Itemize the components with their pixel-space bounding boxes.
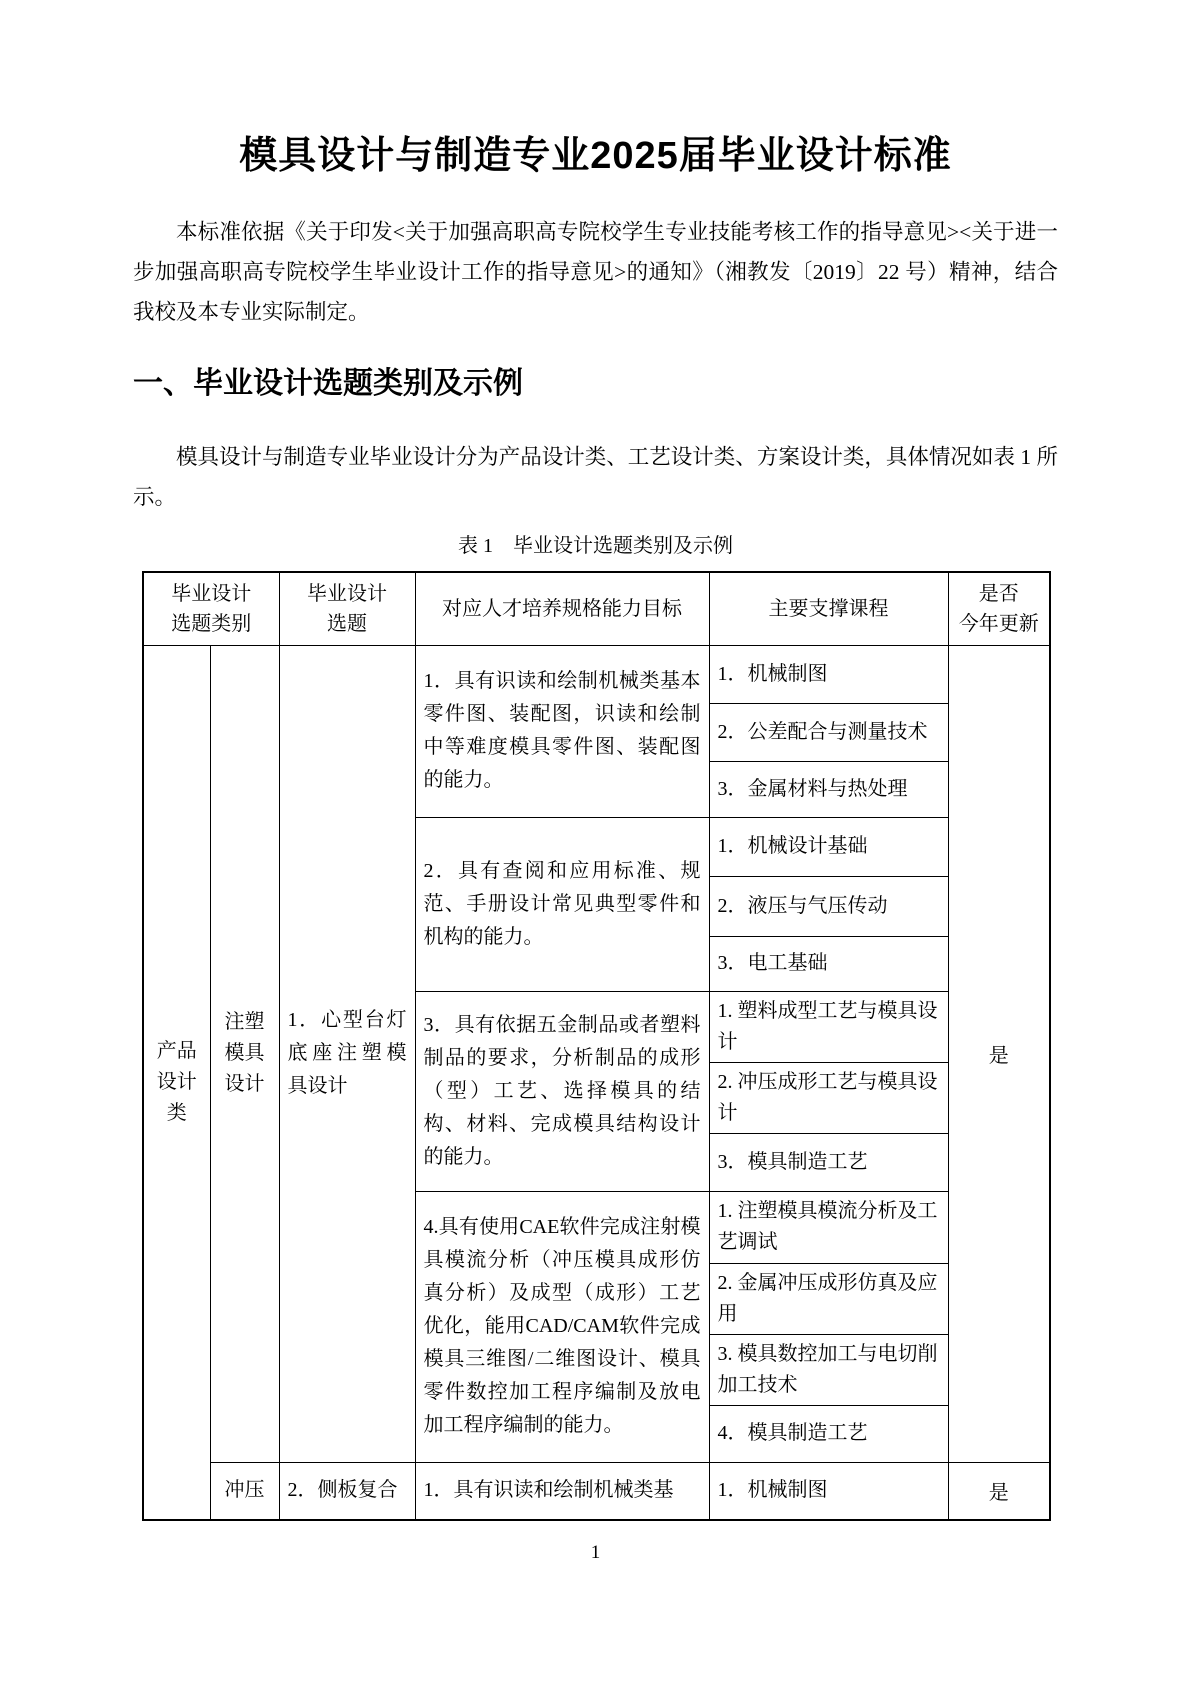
section-heading: 一、毕业设计选题类别及示例 <box>133 358 523 402</box>
course-cell: 3．金属材料与热处理 <box>709 761 948 817</box>
header-ability: 对应人才培养规格能力目标 <box>415 572 709 645</box>
header-topic: 毕业设计 选题 <box>279 572 415 645</box>
page-number: 1 <box>0 1542 1191 1564</box>
table-row: 冲压 2．侧板复合 1．具有识读和绘制机械类基 1．机械制图 是 <box>143 1462 1050 1520</box>
topic-cell: 1．心型台灯底座注塑模具设计 <box>279 645 415 1462</box>
ability-cell: 3．具有依据五金制品或者塑料制品的要求，分析制品的成形（型）工艺、选择模具的结构… <box>415 991 709 1191</box>
page-title: 模具设计与制造专业2025届毕业设计标准 <box>0 124 1191 179</box>
course-cell: 1．机械设计基础 <box>709 817 948 876</box>
document-page: 模具设计与制造专业2025届毕业设计标准 本标准依据《关于印发<关于加强高职高专… <box>0 0 1191 1684</box>
subcategory-cell: 注塑模具设计 <box>210 645 279 1462</box>
course-cell: 1．机械制图 <box>709 1462 948 1520</box>
header-category: 毕业设计 选题类别 <box>143 572 279 645</box>
topics-table: 毕业设计 选题类别 毕业设计 选题 对应人才培养规格能力目标 主要支撑课程 是否… <box>142 571 1051 1521</box>
updated-cell: 是 <box>948 645 1050 1462</box>
topic-cell: 2．侧板复合 <box>279 1462 415 1520</box>
table-caption: 表 1 毕业设计选题类别及示例 <box>142 529 1049 558</box>
table-header-row: 毕业设计 选题类别 毕业设计 选题 对应人才培养规格能力目标 主要支撑课程 是否… <box>143 572 1050 645</box>
ability-cell: 1．具有识读和绘制机械类基 <box>415 1462 709 1520</box>
header-updated: 是否 今年更新 <box>948 572 1050 645</box>
intro-paragraph: 本标准依据《关于印发<关于加强高职高专院校学生专业技能考核工作的指导意见><关于… <box>133 212 1058 332</box>
section-paragraph: 模具设计与制造专业毕业设计分为产品设计类、工艺设计类、方案设计类，具体情况如表 … <box>133 437 1058 517</box>
updated-cell: 是 <box>948 1462 1050 1520</box>
course-cell: 2．公差配合与测量技术 <box>709 703 948 761</box>
category-cell: 产品设计类 <box>143 645 210 1520</box>
course-cell: 1. 注塑模具模流分析及工艺调试 <box>709 1191 948 1263</box>
course-cell: 2．液压与气压传动 <box>709 876 948 936</box>
ability-cell: 4.具有使用CAE软件完成注射模具模流分析（冲压模具成形仿真分析）及成型（成形）… <box>415 1191 709 1462</box>
course-cell: 1．机械制图 <box>709 645 948 703</box>
course-cell: 2. 金属冲压成形仿真及应用 <box>709 1263 948 1334</box>
course-cell: 3．模具制造工艺 <box>709 1133 948 1191</box>
course-cell: 3. 模具数控加工与电切削加工技术 <box>709 1334 948 1405</box>
course-cell: 4．模具制造工艺 <box>709 1405 948 1462</box>
ability-cell: 1．具有识读和绘制机械类基本零件图、装配图，识读和绘制中等难度模具零件图、装配图… <box>415 645 709 817</box>
course-cell: 3．电工基础 <box>709 936 948 991</box>
course-cell: 1. 塑料成型工艺与模具设计 <box>709 991 948 1062</box>
subcategory-cell: 冲压 <box>210 1462 279 1520</box>
ability-cell: 2．具有查阅和应用标准、规范、手册设计常见典型零件和机构的能力。 <box>415 817 709 991</box>
table-row: 产品设计类 注塑模具设计 1．心型台灯底座注塑模具设计 1．具有识读和绘制机械类… <box>143 645 1050 703</box>
course-cell: 2. 冲压成形工艺与模具设计 <box>709 1062 948 1133</box>
header-courses: 主要支撑课程 <box>709 572 948 645</box>
